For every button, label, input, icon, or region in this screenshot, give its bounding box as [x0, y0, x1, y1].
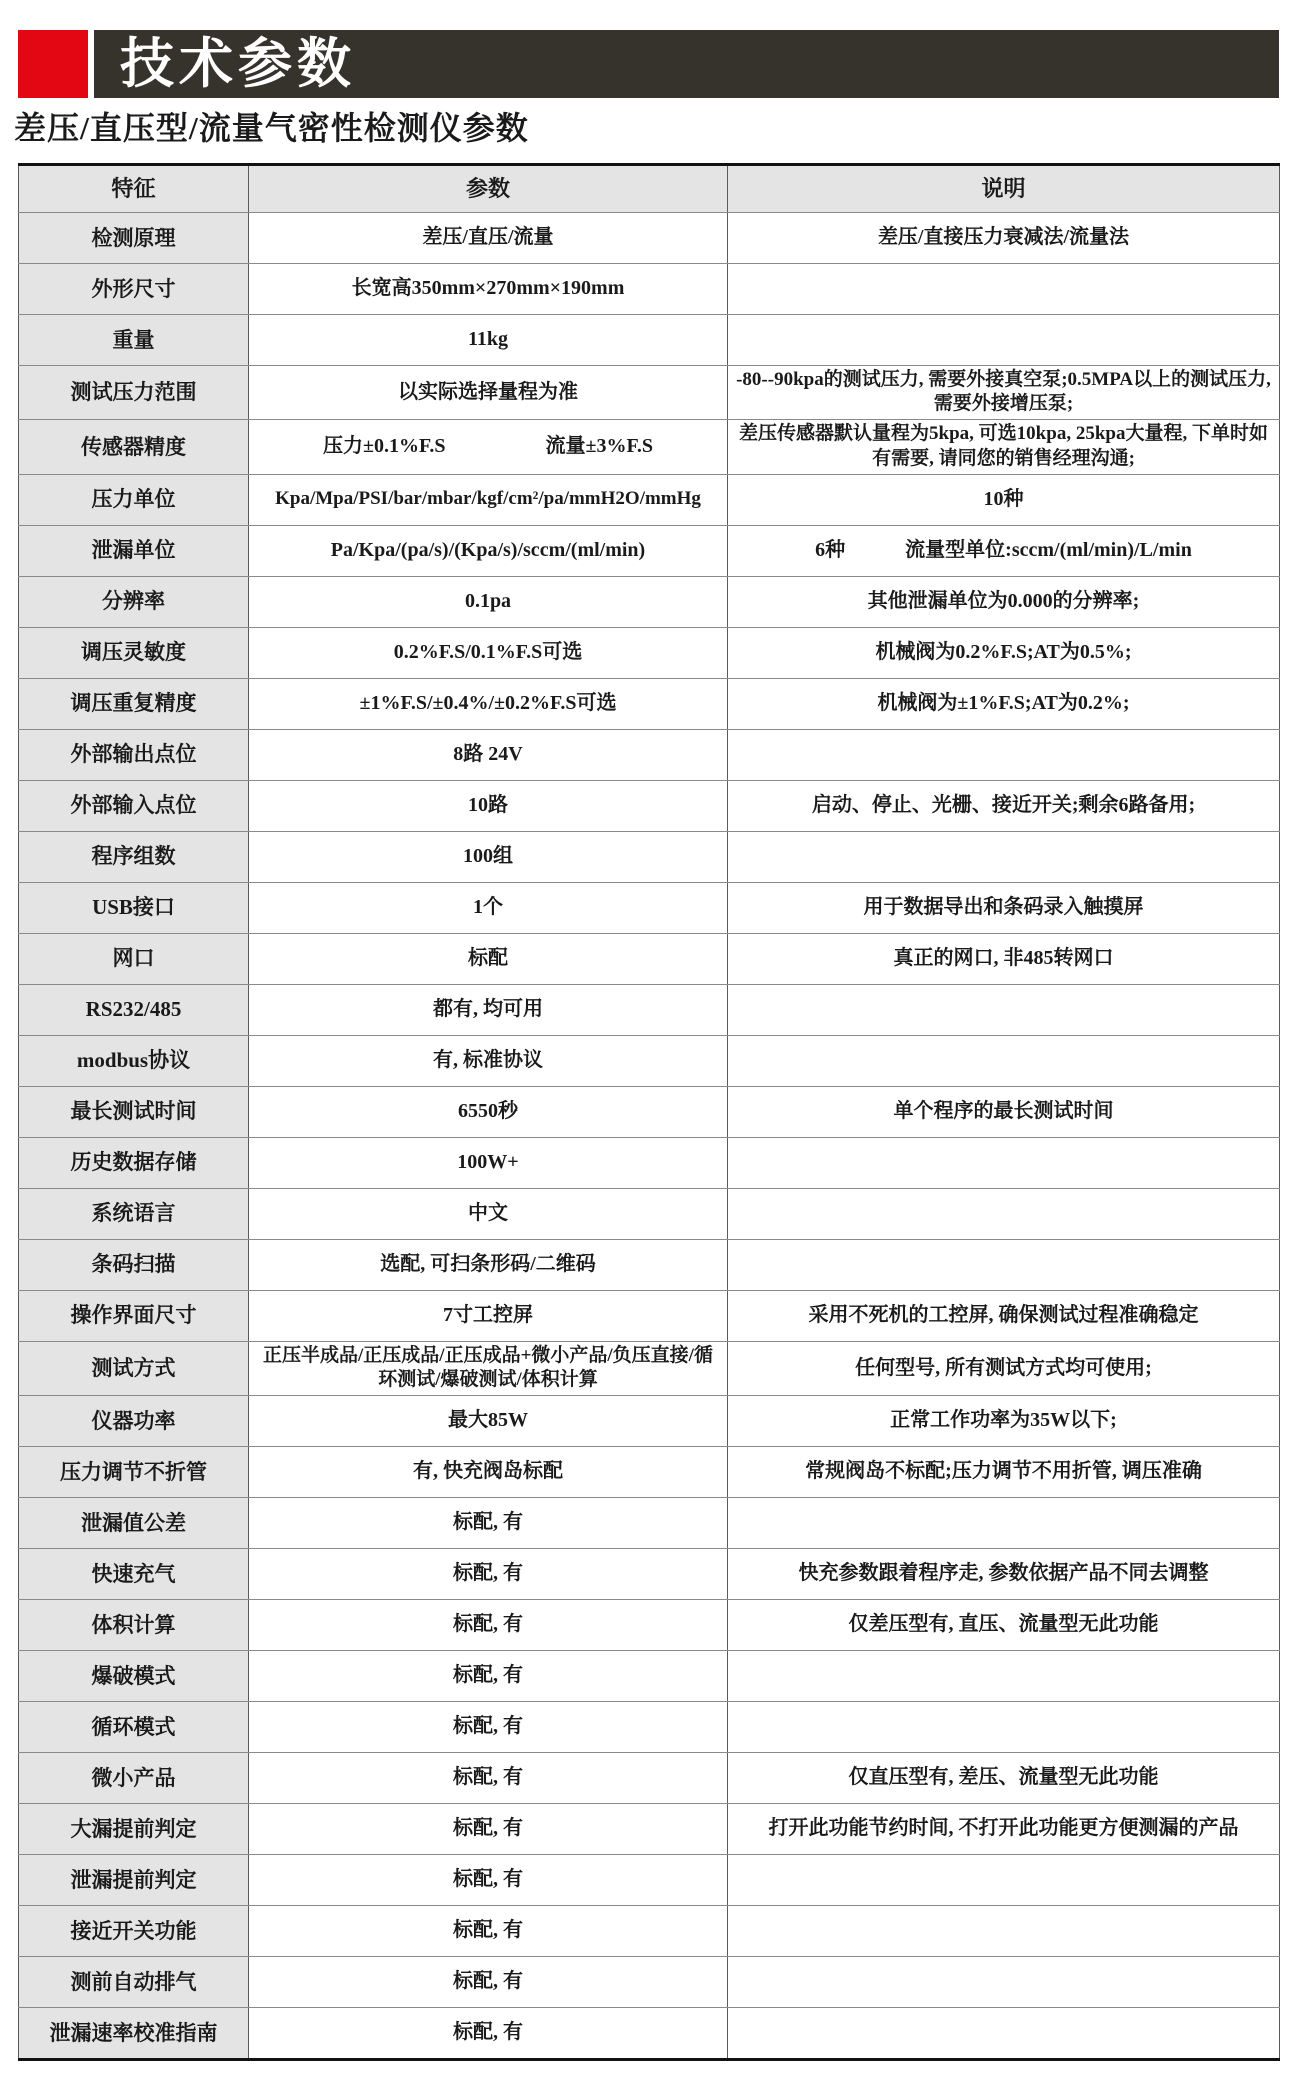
row-description-cell	[728, 1956, 1280, 2007]
table-row: 测试压力范围以实际选择量程为准-80--90kpa的测试压力, 需要外接真空泵;…	[19, 365, 1280, 419]
row-parameter-cell: 100W+	[249, 1137, 728, 1188]
row-description-cell: 机械阀为±1%F.S;AT为0.2%;	[728, 678, 1280, 729]
row-parameter-cell: 标配, 有	[249, 1497, 728, 1548]
row-feature-cell: 压力调节不折管	[19, 1446, 249, 1497]
row-parameter-cell: 中文	[249, 1188, 728, 1239]
row-parameter-cell: 标配, 有	[249, 1548, 728, 1599]
row-description-cell	[728, 1239, 1280, 1290]
row-description-cell: 10种	[728, 474, 1280, 525]
row-feature-cell: 微小产品	[19, 1752, 249, 1803]
row-parameter-cell: 0.2%F.S/0.1%F.S可选	[249, 627, 728, 678]
row-parameter-cell: 最大85W	[249, 1395, 728, 1446]
row-description-cell: 快充参数跟着程序走, 参数依据产品不同去调整	[728, 1548, 1280, 1599]
row-description-cell: 仅直压型有, 差压、流量型无此功能	[728, 1752, 1280, 1803]
row-parameter-cell: 8路 24V	[249, 729, 728, 780]
row-feature-cell: 操作界面尺寸	[19, 1290, 249, 1341]
row-description-cell: -80--90kpa的测试压力, 需要外接真空泵;0.5MPA以上的测试压力, …	[728, 365, 1280, 419]
table-row: 仪器功率最大85W正常工作功率为35W以下;	[19, 1395, 1280, 1446]
table-row: 外部输入点位10路启动、停止、光栅、接近开关;剩余6路备用;	[19, 780, 1280, 831]
row-parameter-cell: 都有, 均可用	[249, 984, 728, 1035]
table-row: 泄漏值公差标配, 有	[19, 1497, 1280, 1548]
row-parameter-cell: 10路	[249, 780, 728, 831]
column-header-description: 说明	[728, 164, 1280, 212]
row-description-cell	[728, 263, 1280, 314]
table-row: 泄漏提前判定标配, 有	[19, 1854, 1280, 1905]
row-parameter-cell: 标配, 有	[249, 1701, 728, 1752]
row-description-cell: 启动、停止、光栅、接近开关;剩余6路备用;	[728, 780, 1280, 831]
row-description-cell: 仅差压型有, 直压、流量型无此功能	[728, 1599, 1280, 1650]
table-row: RS232/485都有, 均可用	[19, 984, 1280, 1035]
table-row: 接近开关功能标配, 有	[19, 1905, 1280, 1956]
row-description-cell: 差压传感器默认量程为5kpa, 可选10kpa, 25kpa大量程, 下单时如有…	[728, 420, 1280, 474]
table-row: 测前自动排气标配, 有	[19, 1956, 1280, 2007]
row-feature-cell: 重量	[19, 314, 249, 365]
row-description-cell: 真正的网口, 非485转网口	[728, 933, 1280, 984]
row-feature-cell: 调压重复精度	[19, 678, 249, 729]
banner-bar: 技术参数	[94, 30, 1279, 98]
row-parameter-cell: 选配, 可扫条形码/二维码	[249, 1239, 728, 1290]
row-feature-cell: 测试方式	[19, 1341, 249, 1395]
row-description-cell: 正常工作功率为35W以下;	[728, 1395, 1280, 1446]
row-feature-cell: 循环模式	[19, 1701, 249, 1752]
row-feature-cell: USB接口	[19, 882, 249, 933]
table-row: 调压灵敏度0.2%F.S/0.1%F.S可选机械阀为0.2%F.S;AT为0.5…	[19, 627, 1280, 678]
row-parameter-cell: 11kg	[249, 314, 728, 365]
row-feature-cell: 泄漏单位	[19, 525, 249, 576]
row-feature-cell: 爆破模式	[19, 1650, 249, 1701]
row-feature-cell: 体积计算	[19, 1599, 249, 1650]
table-row: 大漏提前判定标配, 有打开此功能节约时间, 不打开此功能更方便测漏的产品	[19, 1803, 1280, 1854]
row-feature-cell: 外部输出点位	[19, 729, 249, 780]
table-row: 循环模式标配, 有	[19, 1701, 1280, 1752]
table-header-row: 特征 参数 说明	[19, 164, 1280, 212]
row-parameter-cell: 标配, 有	[249, 1905, 728, 1956]
table-row: 条码扫描选配, 可扫条形码/二维码	[19, 1239, 1280, 1290]
row-parameter-cell: 标配, 有	[249, 1854, 728, 1905]
row-parameter-cell: 标配	[249, 933, 728, 984]
row-parameter-cell: 标配, 有	[249, 2007, 728, 2059]
table-row: 检测原理差压/直压/流量差压/直接压力衰减法/流量法	[19, 212, 1280, 263]
row-parameter-cell: 标配, 有	[249, 1599, 728, 1650]
row-description-cell: 任何型号, 所有测试方式均可使用;	[728, 1341, 1280, 1395]
row-parameter-cell: Pa/Kpa/(pa/s)/(Kpa/s)/sccm/(ml/min)	[249, 525, 728, 576]
table-row: 操作界面尺寸7寸工控屏采用不死机的工控屏, 确保测试过程准确稳定	[19, 1290, 1280, 1341]
row-description-cell: 单个程序的最长测试时间	[728, 1086, 1280, 1137]
row-feature-cell: 压力单位	[19, 474, 249, 525]
row-parameter-cell: 压力±0.1%F.S 流量±3%F.S	[249, 420, 728, 474]
row-description-cell	[728, 1905, 1280, 1956]
row-description-cell: 打开此功能节约时间, 不打开此功能更方便测漏的产品	[728, 1803, 1280, 1854]
row-description-cell: 常规阀岛不标配;压力调节不用折管, 调压准确	[728, 1446, 1280, 1497]
row-parameter-cell: 有, 快充阀岛标配	[249, 1446, 728, 1497]
row-feature-cell: 检测原理	[19, 212, 249, 263]
spec-table: 特征 参数 说明 检测原理差压/直压/流量差压/直接压力衰减法/流量法外形尺寸长…	[18, 163, 1280, 2061]
row-description-cell: 采用不死机的工控屏, 确保测试过程准确稳定	[728, 1290, 1280, 1341]
row-feature-cell: 分辨率	[19, 576, 249, 627]
row-feature-cell: 调压灵敏度	[19, 627, 249, 678]
table-row: 分辨率0.1pa其他泄漏单位为0.000的分辨率;	[19, 576, 1280, 627]
row-parameter-cell: 100组	[249, 831, 728, 882]
row-feature-cell: 系统语言	[19, 1188, 249, 1239]
row-feature-cell: 泄漏速率校准指南	[19, 2007, 249, 2059]
row-parameter-cell: 标配, 有	[249, 1650, 728, 1701]
table-row: 最长测试时间6550秒单个程序的最长测试时间	[19, 1086, 1280, 1137]
row-description-cell	[728, 1650, 1280, 1701]
row-description-cell: 6种 流量型单位:sccm/(ml/min)/L/min	[728, 525, 1280, 576]
table-row: 网口标配真正的网口, 非485转网口	[19, 933, 1280, 984]
table-row: USB接口1个用于数据导出和条码录入触摸屏	[19, 882, 1280, 933]
table-row: 压力单位Kpa/Mpa/PSI/bar/mbar/kgf/cm²/pa/mmH2…	[19, 474, 1280, 525]
row-parameter-cell: Kpa/Mpa/PSI/bar/mbar/kgf/cm²/pa/mmH2O/mm…	[249, 474, 728, 525]
table-row: 程序组数100组	[19, 831, 1280, 882]
row-parameter-cell: 以实际选择量程为准	[249, 365, 728, 419]
table-row: 泄漏速率校准指南标配, 有	[19, 2007, 1280, 2059]
row-parameter-cell: 6550秒	[249, 1086, 728, 1137]
table-row: 压力调节不折管有, 快充阀岛标配常规阀岛不标配;压力调节不用折管, 调压准确	[19, 1446, 1280, 1497]
row-feature-cell: 外形尺寸	[19, 263, 249, 314]
row-parameter-cell: 7寸工控屏	[249, 1290, 728, 1341]
row-description-cell	[728, 984, 1280, 1035]
row-parameter-cell: 标配, 有	[249, 1752, 728, 1803]
table-row: 微小产品标配, 有仅直压型有, 差压、流量型无此功能	[19, 1752, 1280, 1803]
row-parameter-cell: 长宽高350mm×270mm×190mm	[249, 263, 728, 314]
header-banner: 技术参数	[18, 30, 1279, 98]
row-feature-cell: 条码扫描	[19, 1239, 249, 1290]
row-parameter-cell: 正压半成品/正压成品/正压成品+微小产品/负压直接/循环测试/爆破测试/体积计算	[249, 1341, 728, 1395]
row-description-cell: 用于数据导出和条码录入触摸屏	[728, 882, 1280, 933]
row-feature-cell: 泄漏值公差	[19, 1497, 249, 1548]
row-description-cell: 其他泄漏单位为0.000的分辨率;	[728, 576, 1280, 627]
table-row: modbus协议有, 标准协议	[19, 1035, 1280, 1086]
row-description-cell	[728, 1854, 1280, 1905]
row-feature-cell: 测前自动排气	[19, 1956, 249, 2007]
row-feature-cell: 测试压力范围	[19, 365, 249, 419]
table-row: 测试方式正压半成品/正压成品/正压成品+微小产品/负压直接/循环测试/爆破测试/…	[19, 1341, 1280, 1395]
row-description-cell	[728, 1701, 1280, 1752]
row-description-cell	[728, 1137, 1280, 1188]
row-parameter-cell: ±1%F.S/±0.4%/±0.2%F.S可选	[249, 678, 728, 729]
row-feature-cell: 快速充气	[19, 1548, 249, 1599]
row-feature-cell: RS232/485	[19, 984, 249, 1035]
row-feature-cell: 网口	[19, 933, 249, 984]
row-feature-cell: 程序组数	[19, 831, 249, 882]
row-parameter-cell: 标配, 有	[249, 1956, 728, 2007]
row-feature-cell: 接近开关功能	[19, 1905, 249, 1956]
row-description-cell	[728, 2007, 1280, 2059]
row-description-cell: 差压/直接压力衰减法/流量法	[728, 212, 1280, 263]
column-header-parameter: 参数	[249, 164, 728, 212]
row-description-cell: 机械阀为0.2%F.S;AT为0.5%;	[728, 627, 1280, 678]
row-parameter-cell: 差压/直压/流量	[249, 212, 728, 263]
column-header-feature: 特征	[19, 164, 249, 212]
row-description-cell	[728, 314, 1280, 365]
row-feature-cell: 传感器精度	[19, 420, 249, 474]
table-row: 泄漏单位Pa/Kpa/(pa/s)/(Kpa/s)/sccm/(ml/min)6…	[19, 525, 1280, 576]
row-description-cell	[728, 1188, 1280, 1239]
table-row: 爆破模式标配, 有	[19, 1650, 1280, 1701]
table-row: 历史数据存储100W+	[19, 1137, 1280, 1188]
row-feature-cell: 泄漏提前判定	[19, 1854, 249, 1905]
row-description-cell	[728, 729, 1280, 780]
row-feature-cell: 大漏提前判定	[19, 1803, 249, 1854]
row-feature-cell: 外部输入点位	[19, 780, 249, 831]
row-feature-cell: modbus协议	[19, 1035, 249, 1086]
row-description-cell	[728, 1035, 1280, 1086]
red-accent-block	[18, 30, 88, 98]
table-row: 系统语言中文	[19, 1188, 1280, 1239]
table-row: 外形尺寸长宽高350mm×270mm×190mm	[19, 263, 1280, 314]
row-parameter-cell: 有, 标准协议	[249, 1035, 728, 1086]
table-subtitle: 差压/直压型/流量气密性检测仪参数	[14, 110, 1297, 147]
table-row: 重量11kg	[19, 314, 1280, 365]
table-row: 体积计算标配, 有仅差压型有, 直压、流量型无此功能	[19, 1599, 1280, 1650]
row-feature-cell: 最长测试时间	[19, 1086, 249, 1137]
table-row: 调压重复精度±1%F.S/±0.4%/±0.2%F.S可选机械阀为±1%F.S;…	[19, 678, 1280, 729]
table-row: 传感器精度压力±0.1%F.S 流量±3%F.S差压传感器默认量程为5kpa, …	[19, 420, 1280, 474]
row-feature-cell: 仪器功率	[19, 1395, 249, 1446]
row-parameter-cell: 0.1pa	[249, 576, 728, 627]
page-title: 技术参数	[94, 37, 356, 91]
row-parameter-cell: 标配, 有	[249, 1803, 728, 1854]
table-row: 快速充气标配, 有快充参数跟着程序走, 参数依据产品不同去调整	[19, 1548, 1280, 1599]
row-description-cell	[728, 831, 1280, 882]
spec-sheet-page: 技术参数 差压/直压型/流量气密性检测仪参数 特征 参数 说明 检测原理差压/直…	[0, 30, 1297, 2061]
table-row: 外部输出点位8路 24V	[19, 729, 1280, 780]
row-description-cell	[728, 1497, 1280, 1548]
row-parameter-cell: 1个	[249, 882, 728, 933]
row-feature-cell: 历史数据存储	[19, 1137, 249, 1188]
